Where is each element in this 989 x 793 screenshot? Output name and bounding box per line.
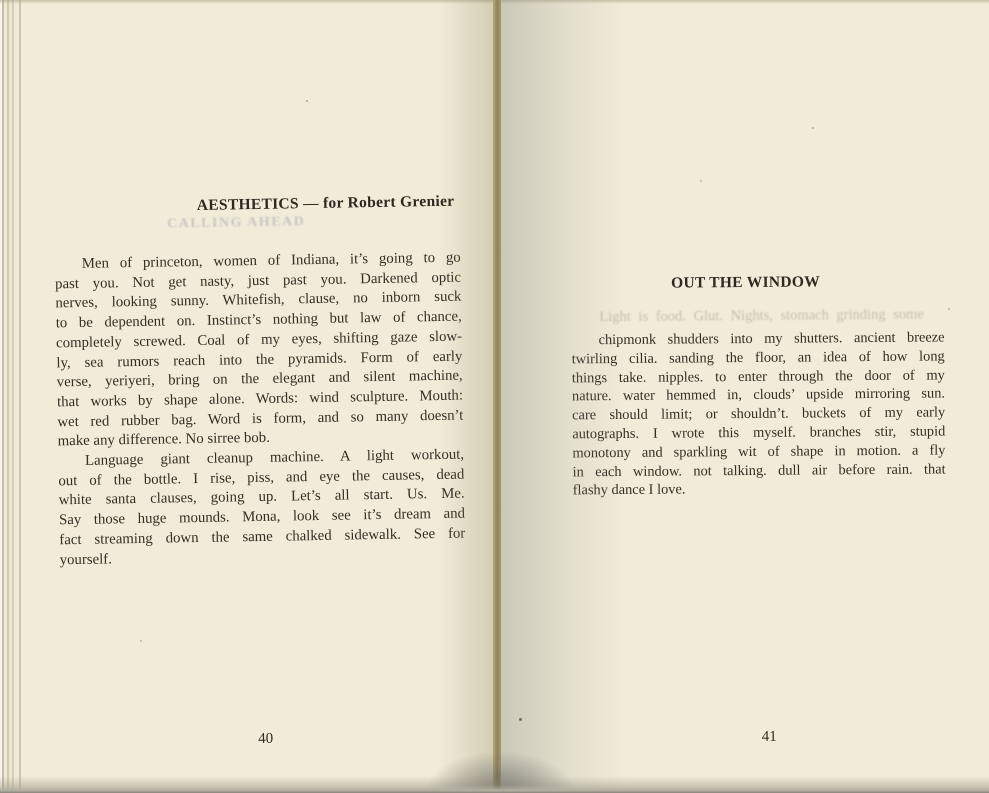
- book-bottom-edge: [0, 776, 989, 793]
- gutter-shadow-right: [501, 0, 626, 793]
- page-number-right: 41: [583, 727, 956, 747]
- book-gutter: [493, 0, 501, 793]
- poem-line: monotony and sparkling wit of shape in m…: [572, 441, 945, 463]
- poem-line: in each window. not talking. dull air be…: [573, 460, 946, 482]
- page-left: CALLING AHEAD AESTHETICS — for Robert Gr…: [20, 0, 495, 793]
- paper-speck: [519, 718, 522, 721]
- poem-line: twirling cilia. sanding the floor, an id…: [572, 347, 945, 369]
- poem-body-right: chipmonk shudders into my shutters. anci…: [571, 328, 945, 500]
- paper-speck: [306, 100, 308, 102]
- book-scan: CALLING AHEAD AESTHETICS — for Robert Gr…: [0, 0, 989, 793]
- poem-line: flashy dance I love.: [573, 479, 946, 501]
- paper-speck: [812, 127, 814, 129]
- poem-body-left: Men of princeton, women of Indiana, it’s…: [55, 249, 466, 571]
- paper-speck: [700, 180, 702, 182]
- gutter-shadow-left: [438, 0, 493, 793]
- page-left-content: CALLING AHEAD AESTHETICS — for Robert Gr…: [13, 0, 501, 793]
- show-through-text: Light is food. Glut. Nights, stomach gri…: [599, 307, 924, 327]
- paper-speck: [140, 640, 142, 642]
- page-number-left: 40: [63, 728, 469, 752]
- show-through-text: CALLING AHEAD: [167, 214, 305, 232]
- poem-title-aesthetics: AESTHETICS — for Robert Grenier: [197, 193, 455, 215]
- paper-speck: [948, 308, 950, 310]
